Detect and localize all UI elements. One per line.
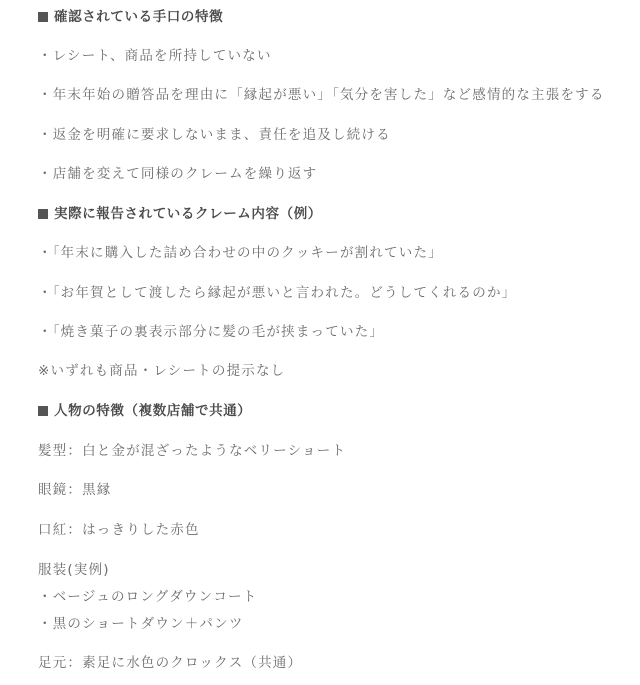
list-item: ・返金を明確に要求しないまま、責任を追及し続ける	[38, 126, 391, 144]
clothing-item: ・ベージュのロングダウンコート	[38, 588, 257, 606]
square-bullet-icon	[38, 406, 48, 416]
trait-feet: 足元：素足に水色のクロックス（共通）	[38, 654, 302, 672]
square-bullet-icon	[38, 209, 48, 219]
section-heading-methods: 確認されている手口の特徴	[38, 8, 223, 26]
trait-lipstick: 口紅：はっきりした赤色	[38, 521, 200, 539]
clothing-item: ・黒のショートダウン＋パンツ	[38, 615, 244, 633]
list-item: ・年末年始の贈答品を理由に「縁起が悪い」「気分を害した」など感情的な主張をする	[38, 86, 605, 104]
list-item: ・「焼き菓子の裏表示部分に髪の毛が挟まっていた」	[38, 323, 384, 341]
heading-text: 実際に報告されているクレーム内容（例）	[54, 206, 322, 222]
trait-clothing-label: 服装(実例)	[38, 561, 110, 579]
heading-text: 確認されている手口の特徴	[54, 9, 223, 25]
list-item: ・店舗を変えて同様のクレームを繰り返す	[38, 165, 317, 183]
heading-text: 人物の特徴（複数店舗で共通）	[54, 403, 251, 419]
list-item: ・「お年賀として渡したら縁起が悪いと言われた。どうしてくれるのか」	[38, 284, 516, 302]
trait-hair: 髪型：白と金が混ざったようなベリーショート	[38, 442, 346, 460]
square-bullet-icon	[38, 12, 48, 22]
section-heading-claims: 実際に報告されているクレーム内容（例）	[38, 205, 322, 223]
list-item: ・レシート、商品を所持していない	[38, 47, 272, 65]
trait-glasses: 眼鏡：黒縁	[38, 481, 112, 499]
list-item: ・「年末に購入した詰め合わせの中のクッキーが割れていた」	[38, 244, 443, 262]
note-text: ※いずれも商品・レシートの提示なし	[38, 362, 285, 380]
section-heading-person: 人物の特徴（複数店舗で共通）	[38, 402, 251, 420]
